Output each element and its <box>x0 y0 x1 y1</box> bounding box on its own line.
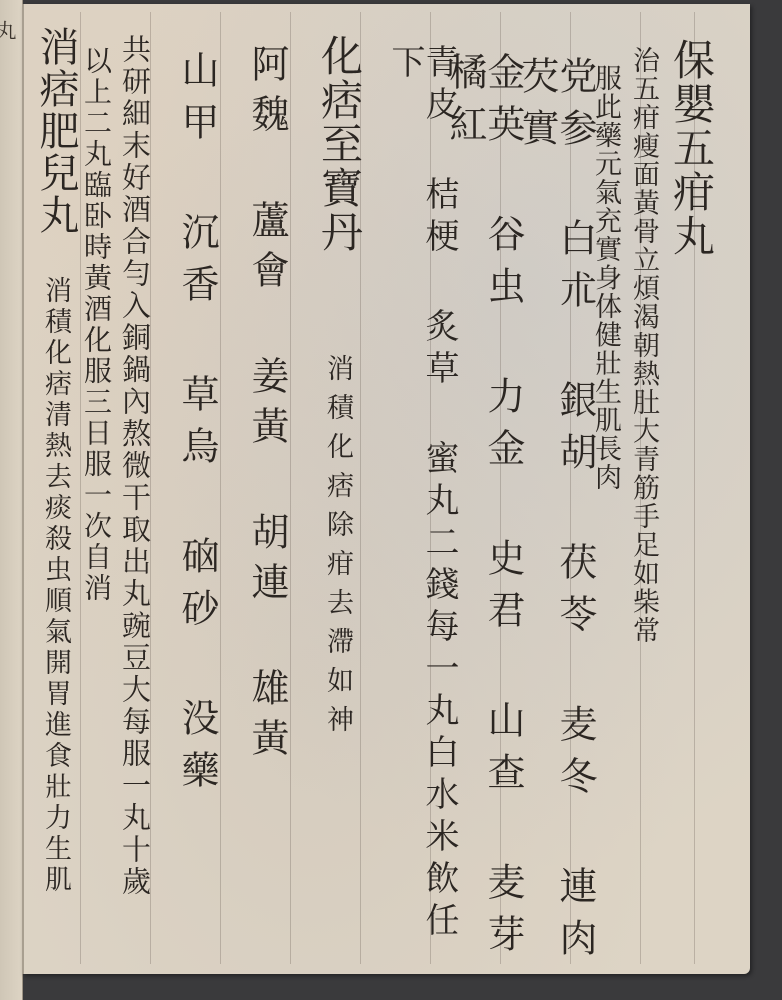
formula-title: 保嬰五疳丸 <box>670 38 712 258</box>
herb-list-with-preparation: 青皮 桔梗 炙草 蜜丸二錢每一丸白水米飲任下 <box>388 44 456 974</box>
preparation-instructions: 以上二丸臨卧時黃酒化服三日服一次自消 <box>82 46 110 604</box>
page-fold <box>22 4 24 974</box>
formula-indication: 治五疳瘦面黃骨立煩渴朝熱肚大青筋手足如柴常 <box>630 46 657 645</box>
formula-title: 消痞肥兒丸 <box>36 26 76 236</box>
formula-title: 化痞至寶丹 <box>318 34 360 254</box>
herb-list: 山甲 沉香 草烏 硇砂 没藥 <box>178 50 216 802</box>
column-rule <box>290 12 291 964</box>
column-rule <box>220 12 221 964</box>
herb-list: 阿魏 蘆會 姜黃 胡連 雄黃 <box>248 44 286 768</box>
manuscript-page: 保嬰五疳丸 治五疳瘦面黃骨立煩渴朝熱肚大青筋手足如柴常 服此藥元氣充實身体健壯生… <box>22 4 750 974</box>
formula-indication: 消積化痞清熱去痰殺虫順氣開胃進食壯力生肌 <box>42 276 69 896</box>
left-page-edge: 丸 <box>0 0 23 1000</box>
herb-list: 党参 白朮 銀胡 茯苓 麦冬 連肉 芡實 <box>518 56 594 974</box>
left-page-edge-text: 丸 <box>2 20 20 40</box>
formula-indication: 消積化痞除疳去滯如神 <box>324 354 351 744</box>
preparation-instructions: 共研細末好酒合勻入銅鍋內熬微干取出丸豌豆大每服一丸十歲 <box>120 34 149 898</box>
